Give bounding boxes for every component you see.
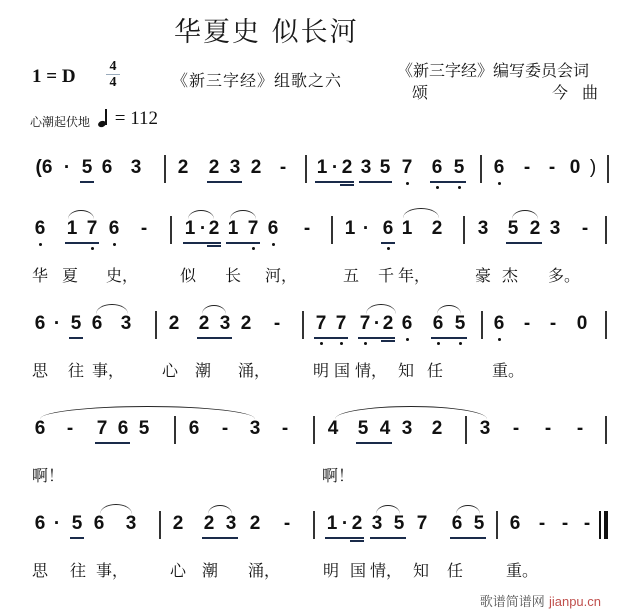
note: 3 [119,313,133,335]
lyric: 豪 [475,263,491,286]
dash: - [509,418,523,440]
note: 6 [33,513,47,535]
lyric: 往 [70,558,86,581]
lyric: 思 [32,358,48,381]
lyric: 似 [180,263,196,286]
note: 4 [378,418,392,440]
lyric: 国 [350,558,366,581]
final-barline-thick [604,511,608,539]
note: (6 [33,157,55,179]
notes-row: 6 · 5 6 3 2 2 3 2 - 1 · 2 3 5 7 6 5 6 - … [0,513,629,543]
note: 6 [90,313,104,335]
note: 7 [95,418,109,440]
lyric: 情， [355,358,387,381]
lyric: 任 [427,358,443,381]
note: 2 [171,513,185,535]
note: 3 [359,157,373,179]
note: 6 [381,218,395,240]
lyric: 涌， [248,558,280,581]
note: 5 [506,218,520,240]
rest: 0 [568,157,582,179]
note: 2 [528,218,542,240]
barline [174,416,176,444]
dash: - [520,313,534,335]
dash: - [535,513,549,535]
notes-row: (6 · 5 6 3 2 2 3 2 - 1 · 2 3 5 7 6 5 6 -… [0,157,629,187]
note: 5 [452,157,466,179]
barline [481,311,483,339]
watermark-site: jianpu.cn [549,594,601,609]
note: 3 [218,313,232,335]
dash: - [541,418,555,440]
barline [607,155,609,183]
note: 2 [350,513,364,535]
barline [164,155,166,183]
lyric: 潮 [202,558,218,581]
lyric: 任 [447,558,463,581]
dash: - [580,513,594,535]
barline [480,155,482,183]
note: 3 [248,418,262,440]
note: 1 [183,218,197,240]
note: 2 [340,157,354,179]
lyricist-credit: 《新三字经》编写委员会词 [397,58,589,81]
note: 3 [400,418,414,440]
dash: - [137,218,151,240]
lyric: 往 [68,358,84,381]
lyric: 啊！ [322,463,354,486]
note: 2 [239,313,253,335]
lyric: 五 [343,263,359,286]
note: 5 [137,418,151,440]
note: 2 [167,313,181,335]
note: 7 [334,313,348,335]
lyric: 重。 [492,358,524,381]
quarter-note-icon [98,109,110,127]
composer-name: 颂 [412,80,428,103]
key-signature: 1 = D [32,66,76,88]
dash: - [546,313,560,335]
note: 2 [197,313,211,335]
note: 7 [85,218,99,240]
note: 6 [100,157,114,179]
lyric: 思 [32,558,48,581]
lyric: 情， [370,558,402,581]
lyric: 史， [106,263,138,286]
suite-subtitle: 《新三字经》组歌之六 [172,68,342,91]
lyric: 年， [398,263,430,286]
notes-row: 6 1 7 6 - 1 · 2 1 7 6 - 1 · 6 1 2 3 5 2 … [0,218,629,248]
watermark-text: 歌谱简谱网 [480,595,545,610]
barline [496,511,498,539]
note: 2 [430,418,444,440]
note: 4 [326,418,340,440]
lyric: 国 [334,358,350,381]
lyric: 多。 [548,263,580,286]
dash: - [545,157,559,179]
lyrics-row: 华 夏 史， 似 长 河， 五 千 年， 豪 杰 多。 [0,263,629,285]
rest: 0 [575,313,589,335]
note: 6 [450,513,464,535]
barline [605,216,607,244]
dash: - [218,418,232,440]
close-paren: ) [586,157,600,179]
note: 1 [325,513,339,535]
barline [313,511,315,539]
dash: - [578,218,592,240]
dash: - [63,418,77,440]
note: 2 [249,157,263,179]
note: 7 [415,513,429,535]
barline [155,311,157,339]
note: 6 [431,313,445,335]
note: 3 [476,218,490,240]
note: 6 [187,418,201,440]
time-signature: 4 4 [106,60,120,89]
dash: - [558,513,572,535]
note: 5 [378,157,392,179]
barline [465,416,467,444]
note: 2 [207,157,221,179]
note: 5 [356,418,370,440]
note: 3 [478,418,492,440]
lyric: 长 [225,263,241,286]
dash: - [270,313,284,335]
time-signature-bottom: 4 [106,76,120,89]
final-barline-thin [599,511,601,539]
dash: - [573,418,587,440]
dash: - [520,157,534,179]
lyric: 潮 [195,358,211,381]
note: 7 [400,157,414,179]
note: 5 [453,313,467,335]
watermark: 歌谱简谱网 jianpu.cn [480,591,601,610]
lyric: 夏 [62,263,78,286]
expression-marking: 心潮起伏地 [30,113,90,130]
note: 6 [33,313,47,335]
dash: - [280,513,294,535]
barline [313,416,315,444]
note: 3 [370,513,384,535]
note-dot: · [359,218,373,240]
lyric: 重。 [506,558,538,581]
lyric: 河， [265,263,297,286]
barline [305,155,307,183]
note: 2 [176,157,190,179]
note: 5 [472,513,486,535]
note: 5 [80,157,94,179]
note: 5 [392,513,406,535]
barline [170,216,172,244]
lyric: 啊！ [32,463,64,486]
lyrics-row: 啊！ 啊！ [0,463,629,485]
lyric: 知 [413,558,429,581]
note: 6 [33,218,47,240]
note: 1 [400,218,414,240]
barline [159,511,161,539]
barline [463,216,465,244]
note: 6 [116,418,130,440]
lyric: 千 [378,263,394,286]
note-dot: · [50,513,64,535]
lyric: 涌， [238,358,270,381]
dash: - [276,157,290,179]
note: 2 [202,513,216,535]
note-dot: · [60,157,74,179]
song-title: 华夏史 似长河 [174,10,359,49]
lyrics-row: 思 往 事， 心 潮 涌， 明 国 情， 知 任 重。 [0,358,629,380]
lyric: 心 [170,558,186,581]
tempo-marking: = 112 [98,108,158,130]
barline [302,311,304,339]
lyric: 华 [32,263,48,286]
note: 6 [492,157,506,179]
lyrics-row: 思 往 事， 心 潮 涌， 明 国 情， 知 任 重。 [0,558,629,580]
note: 6 [400,313,414,335]
lyric: 事， [92,358,124,381]
notes-row: 6 - 7 6 5 6 - 3 - 4 5 4 3 2 3 - - - [0,418,629,448]
notes-row: 6 · 5 6 3 2 2 3 2 - 7 7 7 · 2 6 6 5 6 - … [0,313,629,343]
note: 1 [315,157,329,179]
note: 6 [430,157,444,179]
note: 2 [207,218,221,240]
note: 6 [266,218,280,240]
lyric: 心 [162,358,178,381]
barline [605,416,607,444]
note: 6 [92,513,106,535]
lyric: 明 [323,558,339,581]
lyric: 杰 [502,263,518,286]
note: 5 [70,513,84,535]
lyric: 知 [398,358,414,381]
composer-label: 今曲 [552,80,612,103]
note-dot: · [50,313,64,335]
lyric: 明 [313,358,329,381]
note: 3 [228,157,242,179]
note: 1 [343,218,357,240]
note: 3 [224,513,238,535]
dash: - [300,218,314,240]
tempo-value: = 112 [115,108,158,129]
note: 5 [69,313,83,335]
dash: - [278,418,292,440]
time-signature-top: 4 [106,60,120,73]
lyric: 事， [96,558,128,581]
note: 2 [381,313,395,335]
note: 6 [107,218,121,240]
note: 2 [248,513,262,535]
note: 3 [129,157,143,179]
barline [331,216,333,244]
note: 6 [508,513,522,535]
barline [605,311,607,339]
note: 6 [33,418,47,440]
note: 7 [314,313,328,335]
note: 2 [430,218,444,240]
note: 3 [548,218,562,240]
note: 3 [124,513,138,535]
note: 7 [246,218,260,240]
note: 1 [226,218,240,240]
note: 6 [492,313,506,335]
note: 1 [65,218,79,240]
